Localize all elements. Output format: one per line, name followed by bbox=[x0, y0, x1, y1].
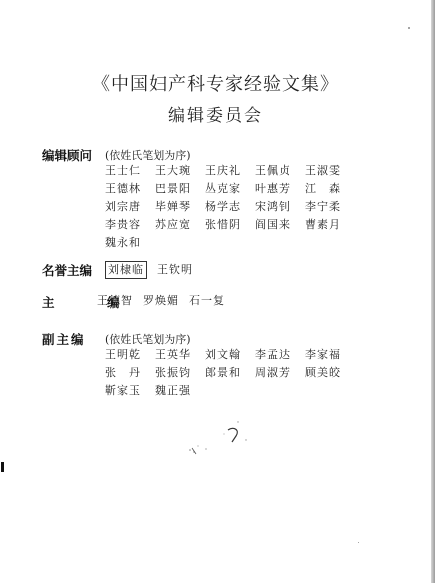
person-name: 王淑雯 bbox=[305, 163, 355, 178]
person-name: 杨学志 bbox=[205, 199, 255, 214]
person-name: 王佩贞 bbox=[255, 163, 305, 178]
person-name: 巴景阳 bbox=[155, 181, 205, 196]
advisor-names: 王士仁 王大琬 王庆礼 王佩贞 王淑雯 王德林 巴景阳 丛克家 叶惠芳 江 森 … bbox=[105, 163, 355, 250]
document-page: 《中国妇产科专家经验文集》 编辑委员会 编辑顾问 (依姓氏笔划为序) 王士仁 王… bbox=[0, 0, 431, 583]
person-name: 魏正强 bbox=[155, 383, 205, 398]
person-name: 王庆礼 bbox=[205, 163, 255, 178]
person-name: 李贵容 bbox=[105, 217, 155, 232]
scan-artifact-icon bbox=[180, 418, 260, 458]
deputy-editor-names: 王明乾 王英华 刘文翰 李孟达 李家福 张 丹 张振钧 郎景和 周淑芳 顾美皎 … bbox=[105, 347, 355, 398]
person-name: 张 丹 bbox=[105, 365, 155, 380]
person-name: 毕婵琴 bbox=[155, 199, 205, 214]
honorary-editor-names: 刘棣临 王钦明 bbox=[105, 261, 193, 279]
scan-speck bbox=[358, 542, 359, 543]
person-name: 刘文翰 bbox=[205, 347, 255, 362]
person-name: 李家福 bbox=[305, 347, 355, 362]
person-name: 宋鸿钊 bbox=[255, 199, 305, 214]
person-name: 顾美皎 bbox=[305, 365, 355, 380]
person-name: 王钦明 bbox=[157, 262, 193, 278]
person-name: 江 森 bbox=[305, 181, 355, 196]
person-name: 李宁柔 bbox=[305, 199, 355, 214]
person-name: 王德林 bbox=[105, 181, 155, 196]
committee-heading: 编辑委员会 bbox=[0, 101, 431, 126]
ordering-note: (依姓氏笔划为序) bbox=[105, 331, 191, 347]
person-name: 王大琬 bbox=[155, 163, 205, 178]
role-label: 编辑顾问 bbox=[42, 146, 92, 164]
role-label: 副主编 bbox=[42, 330, 86, 348]
person-name: 王明乾 bbox=[105, 347, 155, 362]
person-name: 叶惠芳 bbox=[255, 181, 305, 196]
page-edge-mark bbox=[1, 462, 4, 472]
person-name: 王德智 bbox=[97, 293, 133, 309]
person-name: 罗焕媚 bbox=[143, 293, 179, 309]
ordering-note: (依姓氏笔划为序) bbox=[105, 147, 191, 163]
person-name: 阎国来 bbox=[255, 217, 305, 232]
person-name: 周淑芳 bbox=[255, 365, 305, 380]
person-name-boxed: 刘棣临 bbox=[105, 261, 147, 279]
person-name: 丛克家 bbox=[205, 181, 255, 196]
person-name: 李孟达 bbox=[255, 347, 305, 362]
person-name: 王英华 bbox=[155, 347, 205, 362]
person-name: 刘宗唐 bbox=[105, 199, 155, 214]
person-name: 苏应宽 bbox=[155, 217, 205, 232]
person-name: 张振钧 bbox=[155, 365, 205, 380]
role-label: 名誉主编 bbox=[42, 261, 92, 279]
person-name: 郎景和 bbox=[205, 365, 255, 380]
book-title: 《中国妇产科专家经验文集》 bbox=[0, 70, 431, 96]
person-name: 曹素月 bbox=[305, 217, 355, 232]
chief-editor-names: 王德智 罗焕媚 石一复 bbox=[97, 293, 225, 309]
person-name: 王士仁 bbox=[105, 163, 155, 178]
person-name: 张惜阴 bbox=[205, 217, 255, 232]
scan-speck bbox=[408, 27, 410, 29]
person-name: 魏永和 bbox=[105, 235, 155, 250]
page-right-edge bbox=[431, 0, 435, 583]
person-name: 靳家玉 bbox=[105, 383, 155, 398]
person-name: 石一复 bbox=[189, 293, 225, 309]
